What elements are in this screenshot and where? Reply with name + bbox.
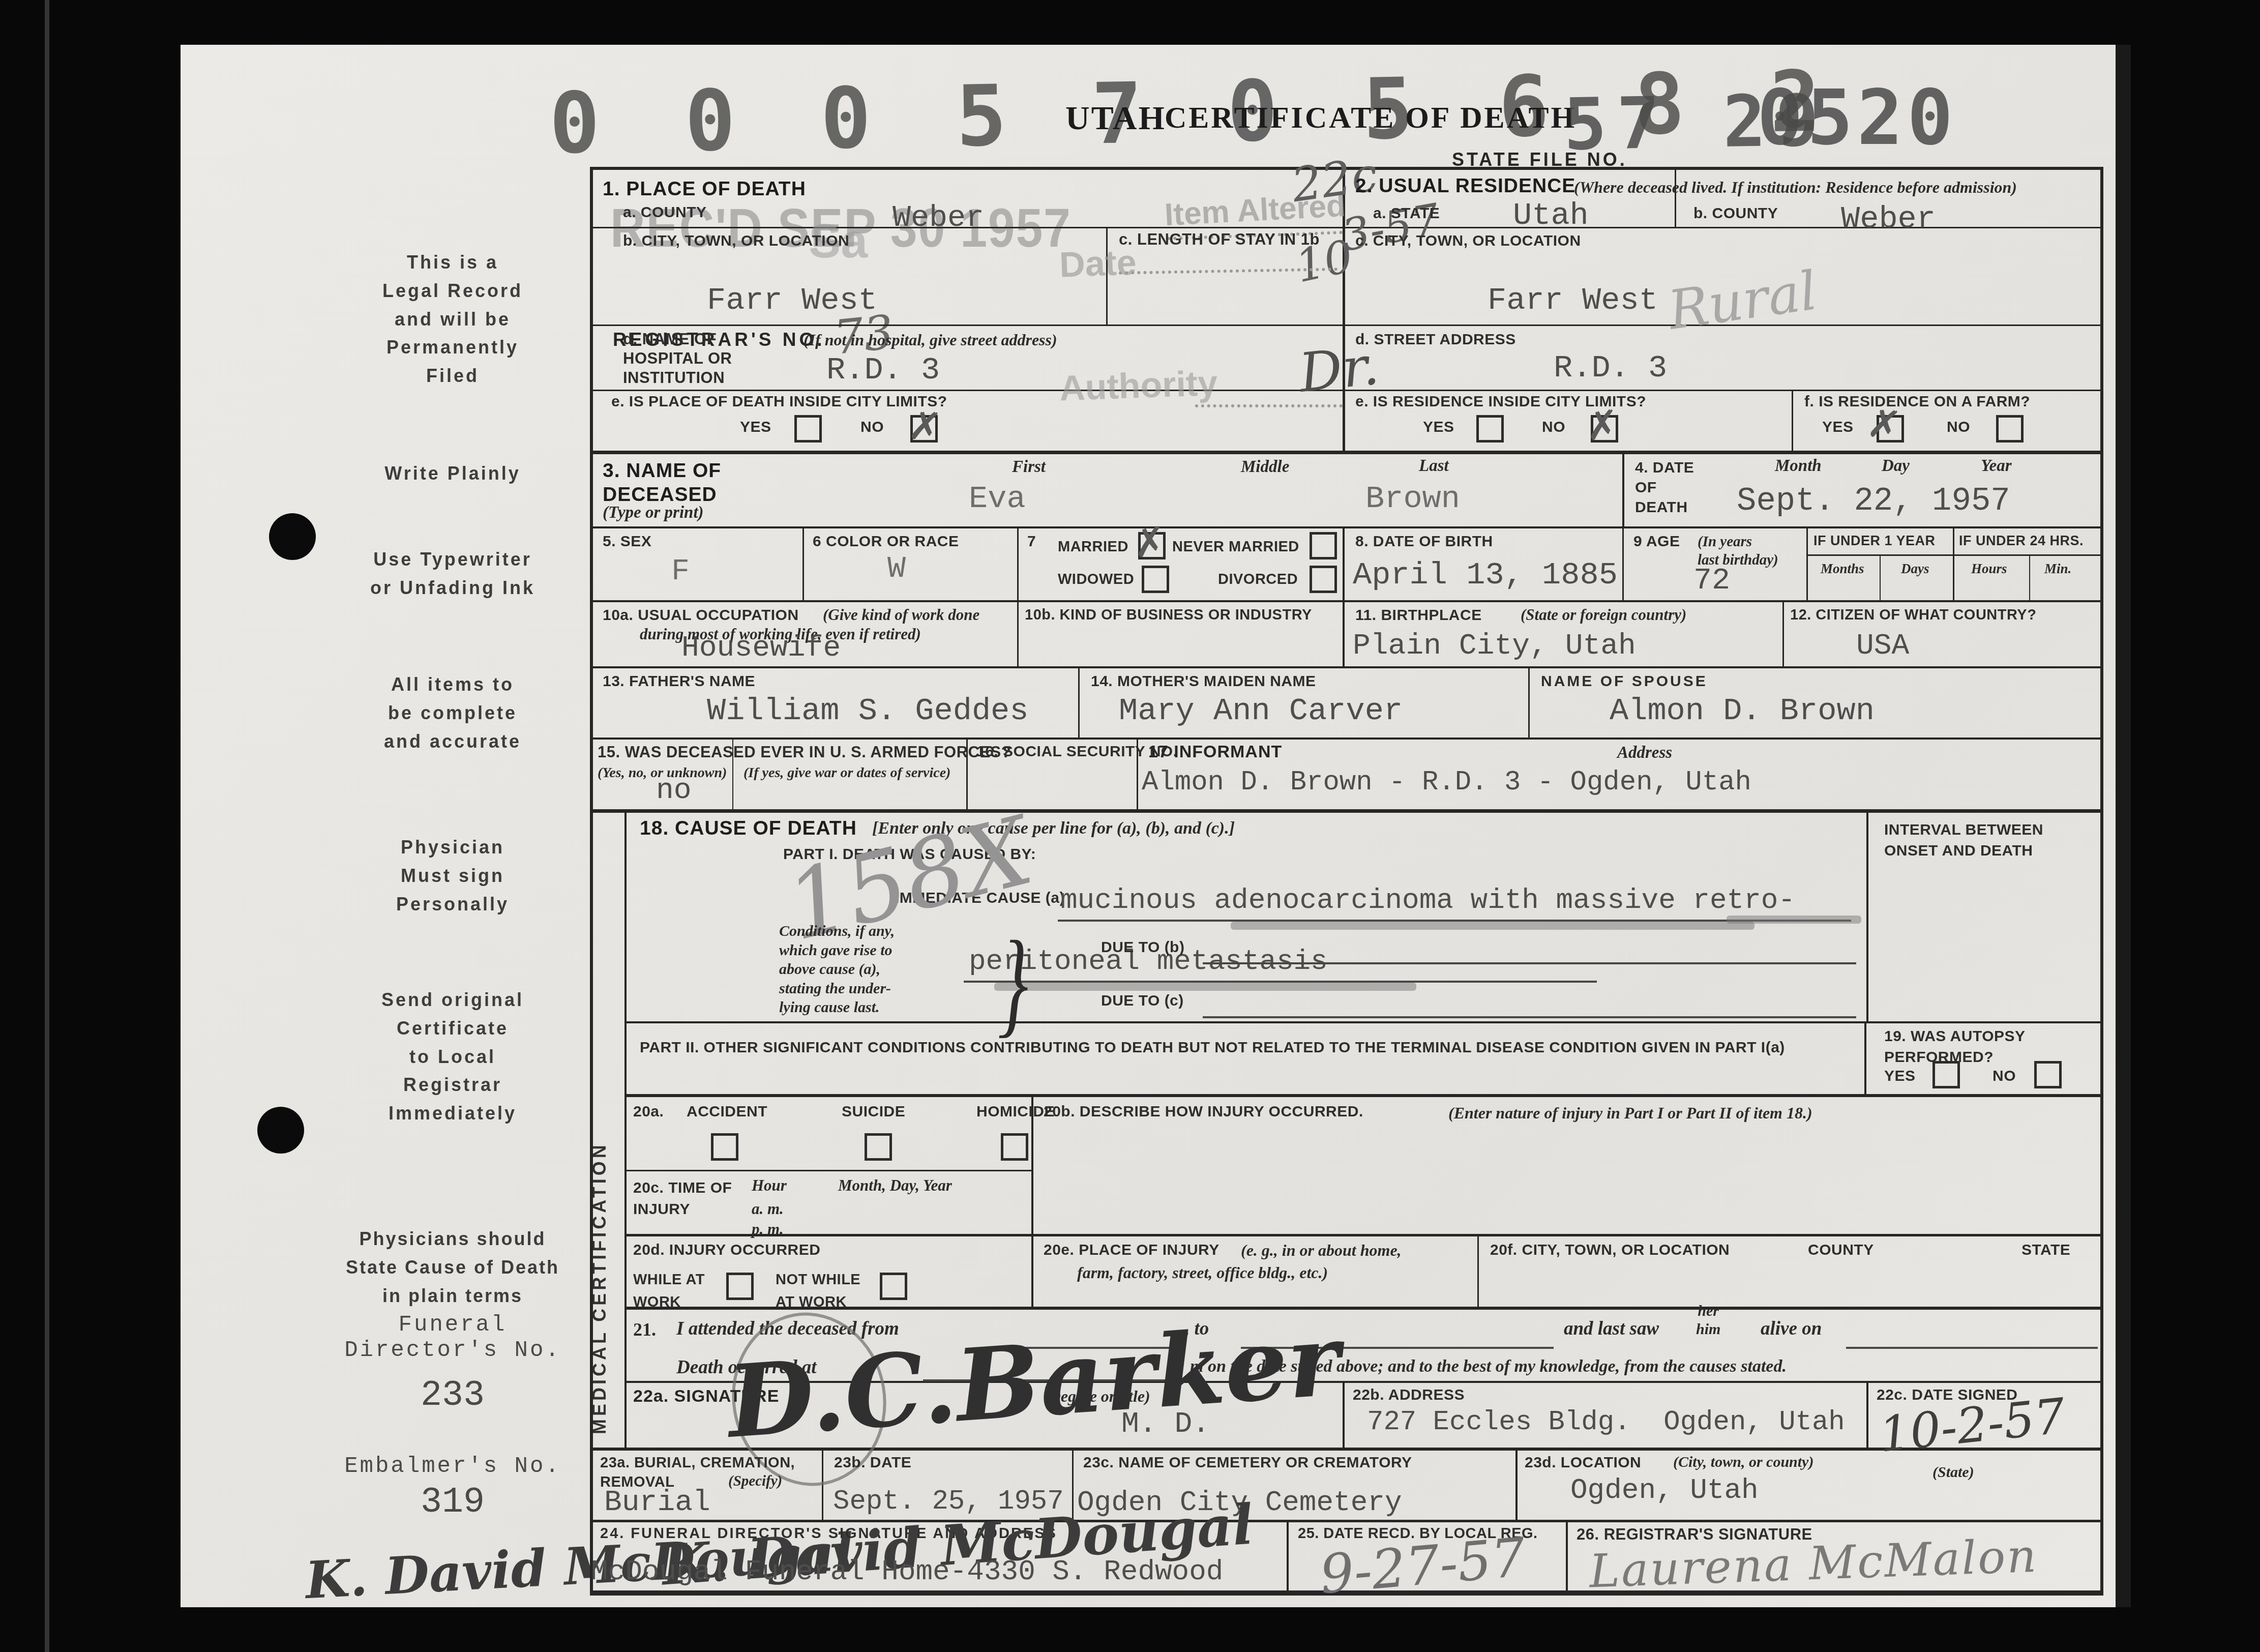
no-label: NO bbox=[1542, 418, 1565, 437]
grid-line bbox=[1622, 526, 1624, 601]
hours-header: Hours bbox=[1971, 560, 2007, 578]
grid-line bbox=[1806, 526, 1808, 601]
grid-line bbox=[626, 1234, 2103, 1236]
accident-checkbox bbox=[711, 1133, 738, 1161]
homicide-checkbox bbox=[1001, 1133, 1028, 1161]
suicide-checkbox bbox=[865, 1133, 892, 1161]
describe-injury-note: (Enter nature of injury in Part I or Par… bbox=[1448, 1103, 1812, 1123]
residence-state-label: a. STATE bbox=[1373, 204, 1440, 223]
color-race-label: 6 COLOR OR RACE bbox=[813, 533, 959, 551]
funeral-directors-no-value: 233 bbox=[295, 1376, 610, 1416]
hospital-note: (If not in hospital, give street address… bbox=[804, 330, 1057, 350]
grid-line bbox=[590, 167, 593, 1596]
county-label: a. COUNTY bbox=[623, 203, 707, 222]
grid-line bbox=[590, 324, 2103, 326]
grid-line bbox=[1792, 390, 1793, 452]
while-at-work-checkbox bbox=[726, 1273, 754, 1300]
day-header: Day bbox=[1882, 456, 1910, 477]
grid-line bbox=[1806, 554, 2103, 556]
street-address-label: d. STREET ADDRESS bbox=[1355, 331, 1516, 349]
length-of-stay-label: c. LENGTH OF STAY IN 1b bbox=[1119, 230, 1337, 249]
fathers-name-label: 13. FATHER'S NAME bbox=[603, 672, 755, 691]
autopsy-yes-checkbox bbox=[1932, 1061, 1960, 1088]
grid-line bbox=[1880, 554, 1881, 601]
residence-city-value: Farr West bbox=[1488, 282, 1658, 318]
residence-state-value: Utah bbox=[1513, 197, 1589, 233]
accident-label: ACCIDENT bbox=[687, 1103, 767, 1122]
residence-city-label: c. CITY, TOWN, OR LOCATION bbox=[1355, 232, 1581, 251]
birthplace-label: 11. BIRTHPLACE bbox=[1355, 606, 1482, 625]
no-label: NO bbox=[860, 418, 884, 437]
due-to-b-label: DUE TO (b) bbox=[1101, 938, 1184, 957]
never-married-checkbox bbox=[1310, 532, 1337, 559]
autopsy-no-checkbox bbox=[2034, 1061, 2062, 1088]
occupation-value: Housewife bbox=[681, 632, 841, 665]
days-header: Days bbox=[1901, 560, 1929, 578]
name-of-deceased-title: 3. NAME OF DECEASED bbox=[603, 459, 721, 507]
grid-line bbox=[1078, 666, 1080, 739]
paper-shadow bbox=[2116, 45, 2131, 1607]
grid-line bbox=[590, 600, 2103, 602]
never-married-label: NEVER MARRIED bbox=[1172, 538, 1299, 556]
if-under-24-hrs-label: IF UNDER 24 HRS. bbox=[1959, 533, 2084, 549]
informant-label: 17 INFORMANT bbox=[1148, 742, 1282, 762]
injury-county-label: COUNTY bbox=[1808, 1241, 1874, 1260]
due-to-c-blank-line bbox=[1203, 1016, 1856, 1018]
mothers-maiden-name-value: Mary Ann Carver bbox=[1119, 693, 1403, 729]
residence-farm-no-checkbox bbox=[1996, 415, 2024, 442]
date-of-death-label: 4. DATE OF DEATH bbox=[1635, 458, 1694, 517]
pm-label: p. m. bbox=[752, 1220, 784, 1240]
married-label: MARRIED bbox=[1058, 538, 1128, 556]
conditions-note: Conditions, if any, which gave rise to a… bbox=[779, 922, 895, 1017]
grid-line bbox=[1864, 1021, 1866, 1096]
age-label: 9 AGE bbox=[1633, 533, 1680, 551]
grid-line bbox=[1782, 600, 1784, 667]
grid-line bbox=[1675, 167, 1676, 228]
margin-note-write-plainly: Write Plainly bbox=[295, 459, 610, 488]
name-of-spouse-value: Almon D. Brown bbox=[1610, 693, 1875, 729]
residence-city-limits-yes-checkbox bbox=[1476, 415, 1504, 442]
divorced-label: DIVORCED bbox=[1218, 571, 1298, 588]
burial-date-label: 23b. DATE bbox=[834, 1454, 911, 1472]
grid-line bbox=[1017, 600, 1019, 667]
embalmers-no-label: Embalmer's No. bbox=[275, 1454, 631, 1479]
cemetery-label: 23c. NAME OF CEMETERY OR CREMATORY bbox=[1083, 1454, 1412, 1472]
checkmark-x: ✗ bbox=[906, 405, 943, 448]
yes-label: YES bbox=[1822, 418, 1854, 437]
informant-address-header: Address bbox=[1617, 743, 1672, 763]
residence-county-value: Weber bbox=[1841, 201, 1936, 237]
funeral-directors-no-label: Funeral Director's No. bbox=[295, 1312, 610, 1363]
birthplace-value: Plain City, Utah bbox=[1353, 630, 1636, 663]
injury-state-label: STATE bbox=[2021, 1241, 2070, 1260]
citizen-value: USA bbox=[1856, 630, 1909, 663]
due-to-b-blank-line bbox=[1203, 962, 1856, 964]
grid-line bbox=[590, 451, 2103, 454]
form-title-certificate: CERTIFICATE OF DEATH bbox=[1165, 100, 1577, 135]
social-security-label: 16. SOCIAL SECURITY NO. bbox=[976, 743, 1177, 761]
alive-on-blank bbox=[1846, 1347, 2098, 1349]
grid-line bbox=[2029, 554, 2030, 601]
grid-line bbox=[1953, 526, 1954, 601]
residence-county-label: b. COUNTY bbox=[1693, 204, 1778, 223]
yes-label: YES bbox=[1423, 418, 1454, 437]
physician-address-label: 22b. ADDRESS bbox=[1353, 1386, 1465, 1405]
grid-line bbox=[1866, 809, 1868, 1022]
her-text: her bbox=[1698, 1303, 1719, 1319]
grid-line bbox=[590, 666, 2103, 668]
type-or-print-note: (Type or print) bbox=[603, 503, 704, 523]
armed-forces-value: no bbox=[656, 774, 692, 807]
checkmark-x: ✗ bbox=[1584, 405, 1620, 447]
grid-line bbox=[1866, 1381, 1868, 1449]
injury-occurred-label: 20d. INJURY OCCURRED bbox=[633, 1241, 820, 1260]
first-name-header: First bbox=[1012, 457, 1046, 478]
grid-line bbox=[1031, 1094, 1033, 1308]
checkmark-x: ✗ bbox=[1865, 403, 1904, 447]
month-day-year-header: Month, Day, Year bbox=[838, 1176, 952, 1196]
grid-line bbox=[2100, 167, 2103, 1596]
grid-line bbox=[625, 809, 627, 1449]
year-header: Year bbox=[1981, 456, 2012, 477]
color-race-value: W bbox=[887, 552, 906, 586]
alive-on-text: alive on bbox=[1761, 1317, 1822, 1341]
hospital-label: d. NAME OF HOSPITAL OR INSTITUTION bbox=[623, 330, 732, 387]
while-at-work-label: WHILE AT WORK bbox=[633, 1269, 705, 1313]
not-while-at-work-checkbox bbox=[880, 1273, 907, 1300]
time-of-injury-label: 20c. TIME OF INJURY bbox=[633, 1177, 732, 1220]
last-saw-text: and last saw bbox=[1564, 1317, 1659, 1341]
underline-smear bbox=[1727, 916, 1861, 924]
margin-note-plain-terms: Physicians should State Cause of Death i… bbox=[275, 1225, 631, 1310]
grid-line bbox=[626, 1094, 2103, 1097]
armed-forces-note-2: (If yes, give war or dates of service) bbox=[744, 764, 950, 782]
not-while-at-work-label: NOT WHILE AT WORK bbox=[776, 1269, 860, 1313]
burial-value: Burial bbox=[604, 1486, 710, 1519]
occupation-label: 10a. USUAL OCCUPATION bbox=[603, 606, 799, 625]
months-header: Months bbox=[1821, 560, 1864, 578]
grid-line bbox=[1515, 1448, 1518, 1521]
usual-residence-title: 2. USUAL RESIDENCE bbox=[1355, 174, 1575, 198]
grid-line bbox=[1017, 526, 1019, 601]
occupation-note-1: (Give kind of work done bbox=[823, 605, 979, 625]
middle-name-header: Middle bbox=[1241, 457, 1289, 478]
date-of-death-value: Sept. 22, 1957 bbox=[1737, 483, 2010, 520]
margin-note-typewriter: Use Typewriter or Unfading Ink bbox=[295, 545, 610, 602]
date-of-birth-label: 8. DATE OF BIRTH bbox=[1355, 533, 1493, 551]
usual-residence-note: (Where deceased lived. If institution: R… bbox=[1574, 177, 2098, 197]
armed-forces-label: 15. WAS DECEASED EVER IN U. S. ARMED FOR… bbox=[598, 743, 1011, 762]
authority-stamp: Authority bbox=[1059, 363, 1218, 409]
last-name-header: Last bbox=[1419, 456, 1449, 477]
describe-injury-label: 20b. DESCRIBE HOW INJURY OCCURRED. bbox=[1044, 1103, 1363, 1122]
physician-address-value: 727 Eccles Bldg. Ogden, Utah bbox=[1367, 1407, 1845, 1438]
grid-line bbox=[1622, 452, 1624, 527]
item-20a-number: 20a. bbox=[633, 1103, 664, 1122]
part-2-label: PART II. OTHER SIGNIFICANT CONDITIONS CO… bbox=[640, 1039, 1855, 1057]
grid-line bbox=[1477, 1234, 1479, 1308]
informant-value: Almon D. Brown - R.D. 3 - Ogden, Utah bbox=[1142, 767, 1751, 798]
age-value: 72 bbox=[1693, 564, 1730, 598]
her-him-stack: herhim bbox=[1696, 1302, 1720, 1339]
yes-label: YES bbox=[1884, 1067, 1916, 1086]
margin-note-physician-sign: Physician Must sign Personally bbox=[295, 833, 610, 918]
stamp-dotted-line bbox=[1195, 404, 1343, 407]
mothers-maiden-name-label: 14. MOTHER'S MAIDEN NAME bbox=[1091, 672, 1316, 691]
state-note: (State) bbox=[1932, 1463, 1974, 1482]
grid-line bbox=[1343, 526, 1345, 667]
grid-line bbox=[626, 1170, 1032, 1171]
suicide-label: SUICIDE bbox=[842, 1103, 905, 1122]
underline-smear bbox=[1231, 922, 1755, 930]
city-town-value: Farr West bbox=[707, 282, 877, 318]
divorced-checkbox bbox=[1310, 566, 1337, 593]
cause-of-death-title: 18. CAUSE OF DEATH bbox=[640, 816, 857, 841]
conditions-brace: } bbox=[998, 909, 1028, 1057]
hospital-value: R.D. 3 bbox=[826, 352, 940, 388]
margin-note-complete: All items to be complete and accurate bbox=[295, 670, 610, 755]
place-of-injury-label: 20e. PLACE OF INJURY bbox=[1044, 1241, 1220, 1260]
name-of-spouse-label: NAME OF SPOUSE bbox=[1541, 672, 1708, 691]
last-name-value: Brown bbox=[1365, 481, 1460, 517]
sex-value: F bbox=[671, 554, 690, 589]
grid-line bbox=[626, 1021, 2103, 1023]
death-city-limits-label: e. IS PLACE OF DEATH INSIDE CITY LIMITS? bbox=[611, 393, 947, 411]
state-file-stamp-right: 0520 bbox=[1757, 74, 1957, 162]
embalmers-no-value: 319 bbox=[295, 1483, 610, 1523]
place-of-injury-note-2: farm, factory, street, office bldg., etc… bbox=[1077, 1262, 1328, 1283]
city-town-label: b. CITY, TOWN, OR LOCATION bbox=[623, 232, 849, 251]
yes-label: YES bbox=[740, 418, 771, 437]
widowed-checkbox bbox=[1142, 566, 1169, 593]
business-industry-label: 10b. KIND OF BUSINESS OR INDUSTRY bbox=[1025, 606, 1312, 624]
widowed-label: WIDOWED bbox=[1058, 571, 1134, 588]
immediate-cause-value-line1: mucinous adenocarcinoma with massive ret… bbox=[1060, 884, 1795, 917]
grid-line bbox=[590, 737, 2103, 740]
underline-smear bbox=[994, 983, 1416, 991]
margin-note-send-original: Send original Certificate to Local Regis… bbox=[295, 986, 610, 1128]
burial-location-note: (City, town, or county) bbox=[1673, 1453, 1813, 1472]
no-label: NO bbox=[1947, 418, 1970, 437]
first-name-value: Eva bbox=[969, 481, 1026, 517]
street-address-value: R.D. 3 bbox=[1554, 350, 1667, 386]
marital-number: 7 bbox=[1027, 533, 1036, 551]
grid-line bbox=[590, 1520, 2103, 1522]
grid-line bbox=[1287, 1520, 1289, 1591]
checkmark-x: ✗ bbox=[1131, 521, 1168, 564]
form-title-utah: UTAH bbox=[1065, 99, 1166, 138]
interval-column-header: INTERVAL BETWEEN ONSET AND DEATH bbox=[1884, 820, 2043, 861]
due-to-c-label: DUE TO (c) bbox=[1101, 992, 1184, 1011]
fathers-name-value: William S. Geddes bbox=[707, 693, 1029, 729]
grid-line bbox=[1566, 1520, 1568, 1591]
residence-farm-label: f. IS RESIDENCE ON A FARM? bbox=[1804, 393, 2030, 411]
grid-line bbox=[802, 526, 804, 601]
grid-line bbox=[590, 809, 2103, 813]
burial-location-label: 23d. LOCATION bbox=[1525, 1454, 1641, 1472]
margin-note-legal-record: This is a Legal Record and will be Perma… bbox=[295, 248, 610, 390]
sex-label: 5. SEX bbox=[603, 533, 651, 551]
am-label: a. m. bbox=[752, 1199, 784, 1219]
hour-header: Hour bbox=[752, 1176, 787, 1196]
date-of-birth-value: April 13, 1885 bbox=[1353, 557, 1618, 593]
grid-line bbox=[1528, 666, 1530, 739]
burial-location-value: Ogden, Utah bbox=[1570, 1474, 1759, 1507]
death-city-limits-yes-checkbox bbox=[794, 415, 822, 442]
place-of-injury-note-1: (e. g., in or about home, bbox=[1241, 1240, 1402, 1260]
injury-city-label: 20f. CITY, TOWN, OR LOCATION bbox=[1490, 1241, 1730, 1260]
month-header: Month bbox=[1775, 456, 1822, 477]
funeral-home-value: McDougal Funeral Home-4330 S. Redwood bbox=[591, 1555, 1223, 1588]
place-of-death-title: 1. PLACE OF DEATH bbox=[603, 177, 806, 201]
if-under-1-year-label: IF UNDER 1 YEAR bbox=[1813, 533, 1936, 549]
him-text: him bbox=[1696, 1321, 1720, 1338]
birthplace-note: (State or foreign country) bbox=[1521, 605, 1686, 625]
scanned-death-certificate: 0 0 0 5 7 0 5 6 8 2 REC'D SEP 30 1957 RE… bbox=[0, 0, 2260, 1652]
scan-edge-line bbox=[45, 0, 49, 1652]
item-21-number: 21. bbox=[633, 1318, 656, 1341]
county-value: Weber bbox=[893, 201, 984, 235]
burial-specify-note: (Specify) bbox=[728, 1472, 782, 1490]
citizen-label: 12. CITIZEN OF WHAT COUNTRY? bbox=[1790, 606, 2036, 624]
homicide-label: HOMICIDE bbox=[976, 1103, 1055, 1122]
grid-line bbox=[590, 526, 2103, 528]
no-label: NO bbox=[1993, 1067, 2016, 1086]
min-header: Min. bbox=[2044, 560, 2071, 578]
